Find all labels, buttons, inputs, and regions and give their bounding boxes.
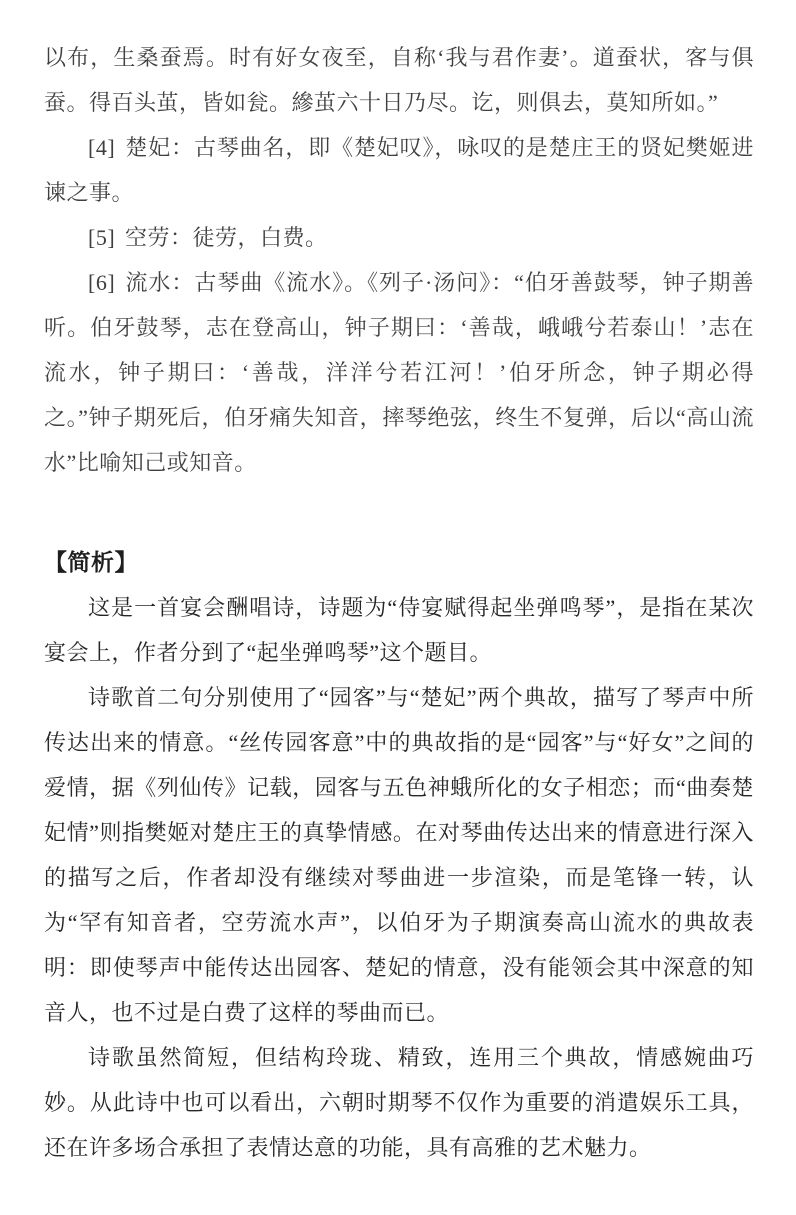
analysis-paragraph-3: 诗歌虽然简短，但结构玲珑、精致，连用三个典故，情感婉曲巧妙。从此诗中也可以看出，… [44, 1035, 754, 1170]
annotation-section: 以布，生桑蚕焉。时有好女夜至，自称‘我与君作妻’。道蚕状，客与俱蚕。得百头茧，皆… [44, 35, 754, 485]
analysis-heading: 【简析】 [44, 540, 754, 585]
note-6-text: 流水：古琴曲《流水》。《列子·汤问》：“伯牙善鼓琴，钟子期善听。伯牙鼓琴，志在登… [44, 270, 754, 475]
note-5: [5]空劳：徒劳，白费。 [44, 215, 754, 260]
analysis-paragraph-1: 这是一首宴会酬唱诗，诗题为“侍宴赋得起坐弹鸣琴”，是指在某次宴会上，作者分到了“… [44, 585, 754, 675]
quote-continuation-paragraph: 以布，生桑蚕焉。时有好女夜至，自称‘我与君作妻’。道蚕状，客与俱蚕。得百头茧，皆… [44, 35, 754, 125]
note-4-marker: [4] [88, 135, 115, 160]
analysis-section: 【简析】 这是一首宴会酬唱诗，诗题为“侍宴赋得起坐弹鸣琴”，是指在某次宴会上，作… [44, 540, 754, 1170]
note-4-text: 楚妃：古琴曲名，即《楚妃叹》，咏叹的是楚庄王的贤妃樊姬进谏之事。 [44, 135, 754, 205]
note-6-marker: [6] [88, 270, 115, 295]
note-5-text: 空劳：徒劳，白费。 [125, 225, 328, 250]
note-5-marker: [5] [88, 225, 115, 250]
analysis-paragraph-2: 诗歌首二句分别使用了“园客”与“楚妃”两个典故，描写了琴声中所传达出来的情意。“… [44, 675, 754, 1035]
note-4: [4]楚妃：古琴曲名，即《楚妃叹》，咏叹的是楚庄王的贤妃樊姬进谏之事。 [44, 125, 754, 215]
document-page: 以布，生桑蚕焉。时有好女夜至，自称‘我与君作妻’。道蚕状，客与俱蚕。得百头茧，皆… [0, 0, 796, 1215]
note-6: [6]流水：古琴曲《流水》。《列子·汤问》：“伯牙善鼓琴，钟子期善听。伯牙鼓琴，… [44, 260, 754, 485]
